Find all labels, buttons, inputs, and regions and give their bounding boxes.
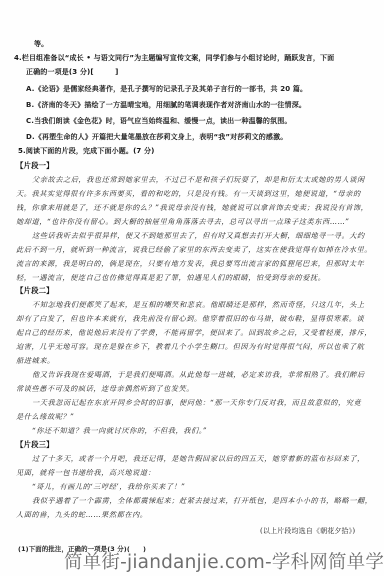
passage-1-line: 流言的来源，我是明白的，倘是现在，只要有地方发表，我总要骂出流言家的狐狸尾巴来，… (16, 259, 364, 269)
passage-2-line: 不知怎地我们便都笑了起来，是互相的嘲笑和悲哀。他眼睛还是那样，然而奇怪，只这几年… (32, 300, 365, 310)
passage-2-line: 迫害，几乎无地可容。现在是躲在乡下，教着几个小学生糊口。但因为有时觉得很气闷，所… (16, 342, 364, 352)
question-4-stem: 4.栏目组准备以“成长 • 与语文同行”为主题编写宣传文案，同学们参与小组讨论时… (14, 53, 334, 63)
passage-1-line: 这些话我听去似乎很异样，便又不到她那里去了，但有时又真想去打开大橱，细细地寻一寻… (32, 231, 365, 241)
passage-2-line: “你还不知道？我一向就讨厌你的，不但我，我们。” (32, 426, 207, 436)
passage-2-line: 是什么缘故呢？” (16, 412, 74, 422)
passage-1-line: 钱，你拿来用就是了，还不就是你的么？”我说母亲没有钱，她就说可以拿首饰去变卖；我… (16, 203, 368, 213)
passage-1-line: 她却道，“也许你没有留心。到大橱的抽屉里角角落落去寻去，总可以寻出一点珠子这类东… (16, 217, 349, 227)
passage-1-heading: 【片段一】 (16, 161, 54, 171)
exam-page: 等。 4.栏目组准备以“成长 • 与语文同行”为主题编写宣传文案，同学们参与小组… (0, 0, 384, 576)
carryover-text: 等。 (34, 39, 48, 49)
watermark: 简单街-jiandanjie.com-学科网简单学习一条 (64, 548, 384, 574)
option-b: B.《济南的冬天》描绘了一方温晴宝地，用细腻的笔调表现作者对济南山水的一往情深。 (26, 100, 306, 110)
passage-3-line: 我似乎遇着了一个霹雳，全体都震悚起来；赶紧去接过来，打开纸包，是四本小小的书，略… (32, 496, 372, 506)
passage-2-line: 一天我忽而记起在东京开同乡会时的旧事，便问他：“那一天你专门反对我，而且故意似的… (32, 398, 361, 408)
question-5-stem: 5.阅读下面的片段，完成下面小题。(7 分) (18, 146, 155, 156)
option-a: A.《论语》是儒家经典著作，是孔子撰写的记录孔子及其弟子言行的一部书，共 20 … (26, 84, 307, 94)
passage-3-line: 人面的兽，九头的蛇……果然都在内。 (16, 510, 148, 520)
option-c: C.当我们朗读《金色花》时，语气应当始终温和、缓慢一点，读出一种温馨的氛围。 (26, 116, 292, 126)
passage-3-heading: 【片段三】 (16, 440, 54, 450)
passage-2-line: 却有了白发了，但也许本来就有，我先前没有留心到。他穿着很旧的布马褂，破布鞋，显得… (16, 314, 364, 324)
passage-3-line: “哥儿，有画儿的‘三哼经’，我给你买来了！” (32, 482, 185, 492)
passage-2-heading: 【片段二】 (16, 286, 54, 296)
passage-2-line: 船进城来。 (16, 356, 55, 366)
passage-3-line: 过了十多天，或者一个月吧，我还记得，是她告假回家以后的四五天，她穿着新的蓝布衫回… (32, 454, 365, 464)
passage-2-line: 常谈些愚不可及的疯话，连母亲偶然听到了也发笑。 (16, 384, 194, 394)
passage-1-line: 此后不到一月，就听到一种流言，说我已经偷了家里的东西去变卖了，这实在使我觉得有如… (16, 245, 372, 255)
question-4-stem-cont: 正确的一项是(3 分)[ ] (26, 67, 119, 77)
option-d: D.《再塑生命的人》开篇把大量笔墨放在莎莉文身上，表明“我”对莎莉文的感激。 (26, 132, 287, 142)
passage-2-line: 他又告诉我现在爱喝酒，于是我们便喝酒。从此他每一进城，必定来访我，非常相熟了。我… (32, 370, 365, 380)
source-note: (以上片段均选自《朝花夕拾》) (260, 526, 355, 536)
passage-3-line: 见面，就将一包书递给我，高兴地说道： (16, 468, 155, 478)
passage-1-line: 父亲故去之后，我也还常到她家里去，不过已不是和孩子们玩耍了，却是和衍太太或她的男… (32, 175, 365, 185)
passage-1-line: 天。我其实觉得很有许多东西要买，看的和吃的，只是没有钱。有一天谈到这里，她便说道… (16, 189, 361, 199)
passage-1-line: 轻，一遇流言，便连自己也仿佛觉得真是犯了罪，怕遇见人们的眼睛，怕受到母亲的爱抚。 (16, 273, 326, 283)
passage-2-line: 起自己的经历来，他说他后来没有了学费，不能再留学，便回来了。回到故乡之后，又受着… (16, 328, 372, 338)
